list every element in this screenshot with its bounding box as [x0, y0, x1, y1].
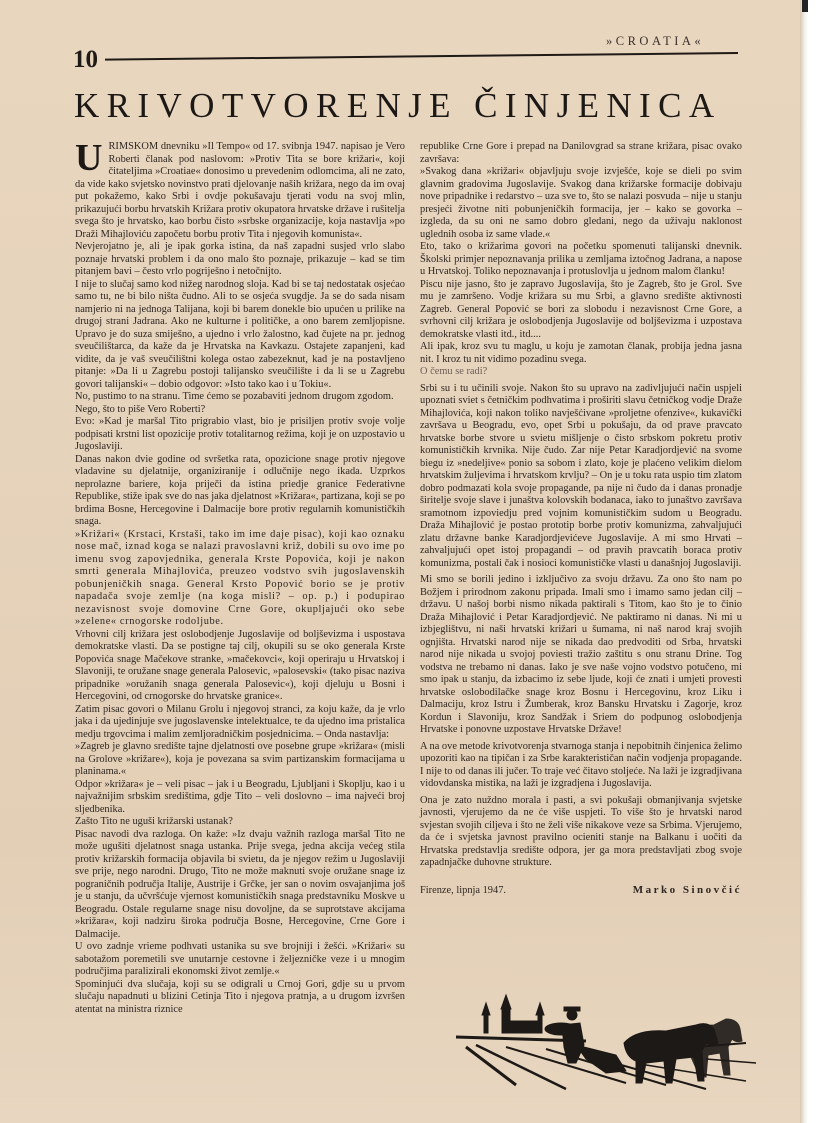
paragraph: »Zagreb je glavno središte tajne djelatn…	[75, 741, 405, 779]
paragraph: Vrhovni cilj križara jest oslobodjenje J…	[75, 629, 405, 704]
paragraph: Danas nakon dvie godine od svršetka rata…	[75, 454, 405, 529]
article-title: KRIVOTVORENJE ČINJENICA	[74, 86, 746, 126]
paragraph: A na ove metode krivotvorenja stvarnoga …	[420, 741, 742, 791]
header-rule	[105, 52, 738, 61]
paragraph: Pisac navodi dva razloga. On kaže: »Iz d…	[75, 829, 405, 942]
paragraph: Ona je zato nuždno morala i pasti, a svi…	[420, 795, 742, 870]
publication-name: »CROATIA«	[606, 34, 704, 49]
paragraph: Zatim pisac govori o Milanu Grolu i njeg…	[75, 704, 405, 742]
paragraph-intro: URIMSKOM dnevniku »Il Tempo« od 17. svib…	[75, 141, 405, 241]
left-column: URIMSKOM dnevniku »Il Tempo« od 17. svib…	[75, 141, 405, 1016]
paragraph: Spominjući dva slučaja, koji su se odigr…	[75, 979, 405, 1017]
plowman-illustration	[446, 985, 766, 1095]
paragraph: Ali ipak, kroz svu tu maglu, u koju je z…	[420, 341, 742, 366]
paragraph-spaced: »Križari« (Krstaci, Krstaši, tako im ime…	[75, 529, 405, 629]
paragraph: Eto, tako o križarima govori na početku …	[420, 241, 742, 279]
paragraph: U ovo zadnje vrieme podhvati ustanika su…	[75, 941, 405, 979]
paragraph: I nije to slučaj samo kod nižeg narodnog…	[75, 279, 405, 392]
author-signature: Marko Sinovčić	[633, 884, 742, 897]
paragraph: Nego, što to piše Vero Roberti?	[75, 404, 405, 417]
paragraph: Odpor »križara« je – veli pisac – jak i …	[75, 779, 405, 817]
paragraph: Nevjerojatno je, ali je ipak gorka istin…	[75, 241, 405, 279]
paragraph: »Svakog dana »križari« objavljuju svoje …	[420, 166, 742, 241]
magazine-page: »CROATIA« 10 KRIVOTVORENJE ČINJENICA URI…	[0, 0, 808, 1123]
paragraph: Srbi su i tu učinili svoje. Nakon što su…	[420, 383, 742, 571]
signature-row: Firenze, lipnja 1947. Marko Sinovčić	[420, 884, 742, 898]
drop-cap: U	[75, 143, 102, 173]
paragraph: Zašto Tito ne uguši križarski ustanak?	[75, 816, 405, 829]
paragraph: Piscu nije jasno, što je zapravo Jugosla…	[420, 279, 742, 342]
paragraph: Mi smo se borili jedino i izključivo za …	[420, 574, 742, 737]
place-date: Firenze, lipnja 1947.	[420, 885, 506, 898]
paragraph: Evo: »Kad je maršal Tito prigrabio vlast…	[75, 416, 405, 454]
page-edge	[800, 0, 808, 1123]
paragraph: republike Crne Gore i prepad na Danilovg…	[420, 141, 742, 166]
page-number: 10	[73, 46, 98, 74]
paragraph: O čemu se radi?	[420, 366, 742, 379]
right-column: republike Crne Gore i prepad na Danilovg…	[420, 141, 742, 897]
paragraph: No, pustimo to na stranu. Time ćemo se p…	[75, 391, 405, 404]
